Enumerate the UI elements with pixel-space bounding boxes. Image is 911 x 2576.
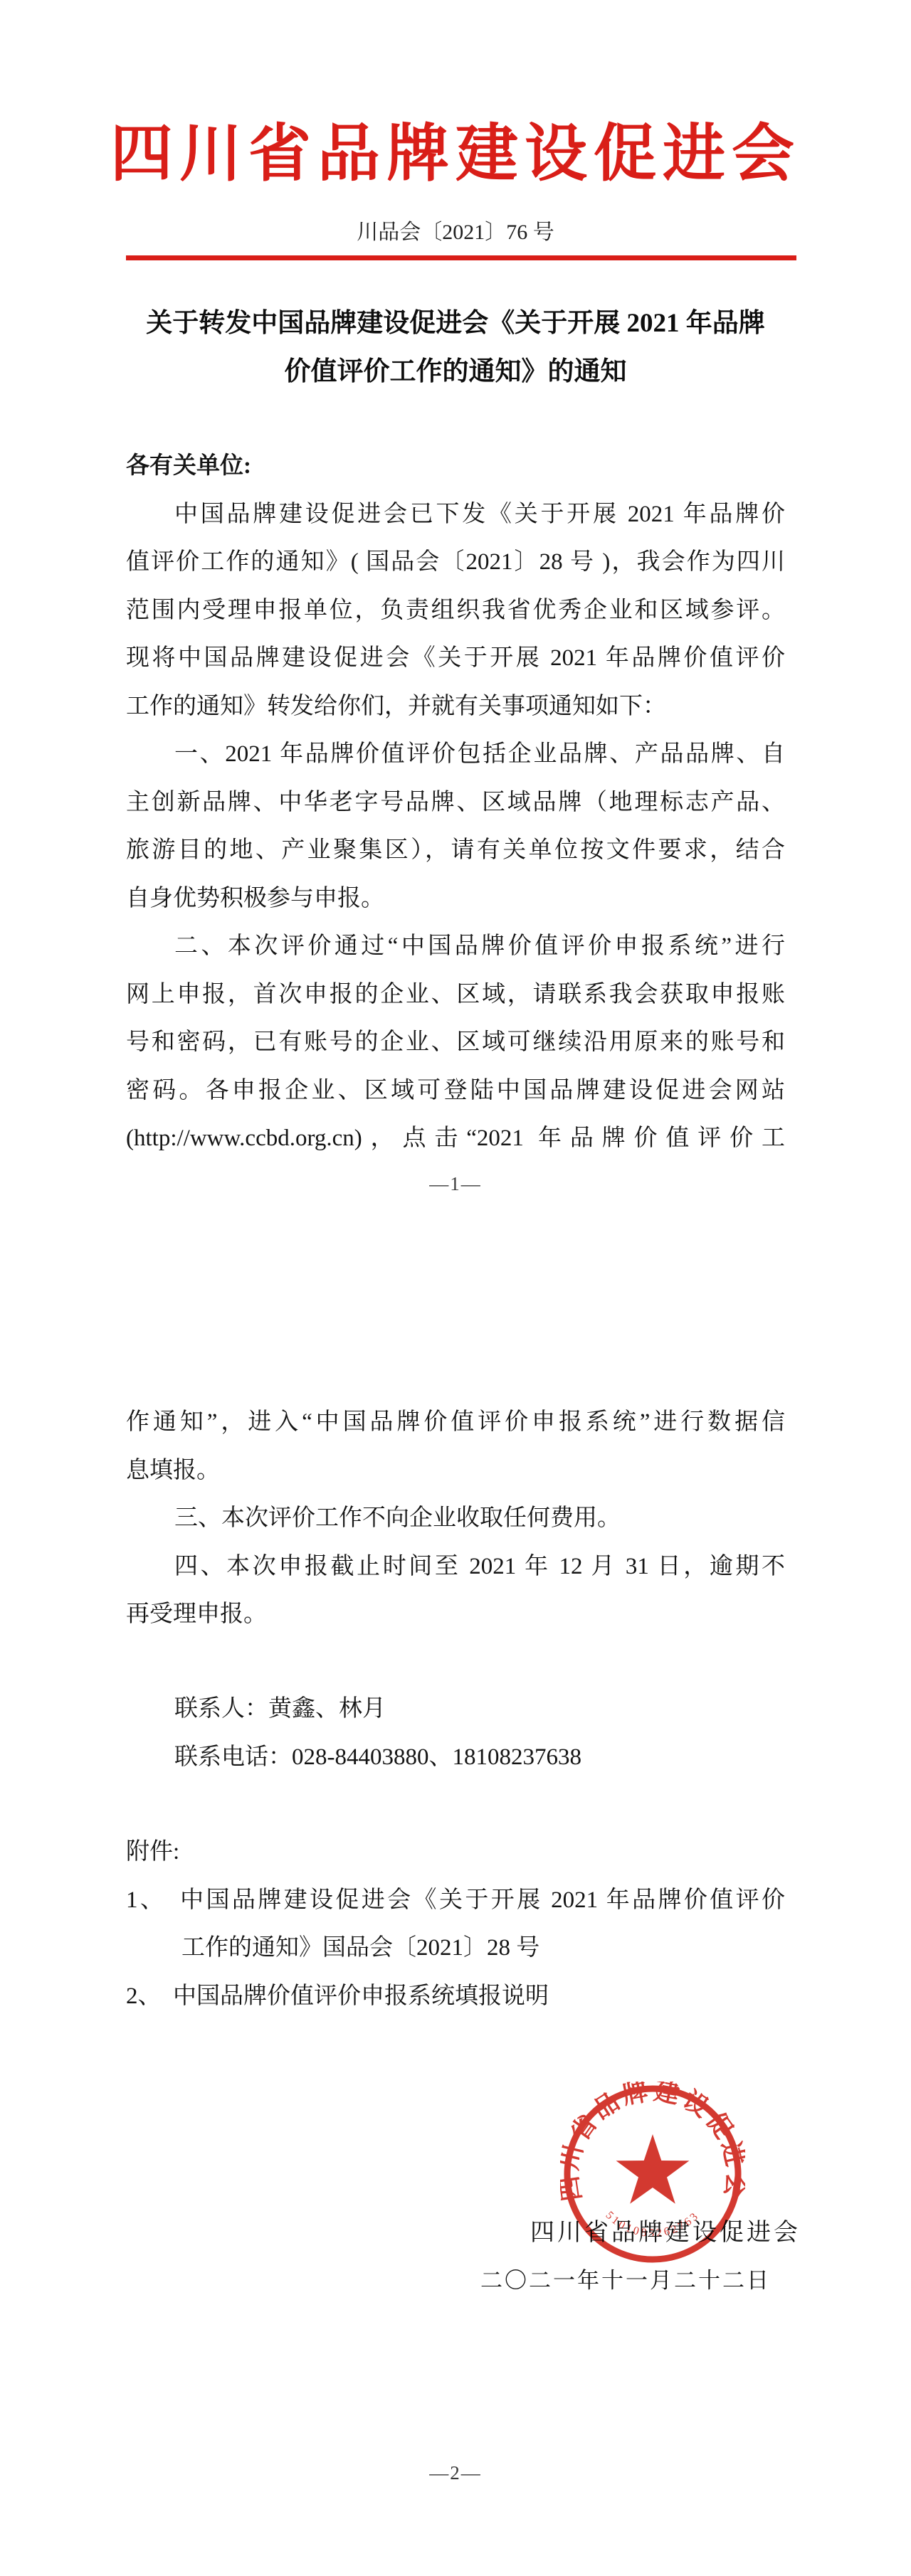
body-line: 主创新品牌、中华老字号品牌、区域品牌（地理标志产品、 <box>126 779 785 827</box>
body-line: 再受理申报。 <box>126 1591 785 1639</box>
page2-body: 作通知”，进入“中国品牌价值评价申报系统”进行数据信 息填报。 三、本次评价工作… <box>126 1399 785 1639</box>
doc-title-line-1: 关于转发中国品牌建设促进会《关于开展 2021 年品牌 <box>71 300 840 348</box>
body-line: 息填报。 <box>126 1447 785 1495</box>
attachments-section: 附件: 1、 中国品牌建设促进会《关于开展 2021 年品牌价值评价 工作的通知… <box>126 1828 785 2020</box>
body-line: 二、本次评价通过“中国品牌价值评价申报系统”进行 <box>126 923 785 971</box>
body-line: 一、2021 年品牌价值评价包括企业品牌、产品品牌、自 <box>126 731 785 779</box>
seal-star-icon <box>616 2134 690 2204</box>
salutation: 各有关单位: <box>126 442 785 491</box>
doc-title: 关于转发中国品牌建设促进会《关于开展 2021 年品牌 价值评价工作的通知》的通… <box>71 300 840 396</box>
contacts-section: 联系人：黄鑫、林月 联系电话：028-84403880、18108237638 <box>126 1685 785 1781</box>
contact-phone-line: 联系电话：028-84403880、18108237638 <box>126 1734 785 1782</box>
body-line: 工作的通知》转发给你们，并就有关事项通知如下： <box>126 683 785 731</box>
body-line: 网上申报，首次申报的企业、区域，请联系我会获取申报账 <box>126 971 785 1019</box>
org-title: 四川省品牌建设促进会 <box>0 122 911 188</box>
body-line: 三、本次评价工作不向企业收取任何费用。 <box>126 1495 785 1543</box>
body-line-url: (http://www.ccbd.org.cn)，点击“2021 年品牌价值评价… <box>126 1115 785 1163</box>
contact-person-line: 联系人：黄鑫、林月 <box>126 1685 785 1734</box>
body-line: 旅游目的地、产业聚集区），请有关单位按文件要求，结合 <box>126 827 785 875</box>
svg-text:5101085262763: 5101085262763 <box>604 2209 702 2240</box>
body-line: 自身优势积极参与申报。 <box>126 875 785 923</box>
body-line: 密码。各申报企业、区域可登陆中国品牌建设促进会网站 <box>126 1067 785 1115</box>
attachments-label: 附件: <box>126 1828 785 1877</box>
doc-title-line-2: 价值评价工作的通知》的通知 <box>71 348 840 396</box>
page1-body: 各有关单位: 中国品牌建设促进会已下发《关于开展 2021 年品牌价 值评价工作… <box>126 442 785 1163</box>
body-line: 范围内受理申报单位，负责组织我省优秀企业和区域参评。 <box>126 587 785 635</box>
signature-date: 二〇二一年十一月二十二日 <box>480 2266 771 2296</box>
body-line: 中国品牌建设促进会已下发《关于开展 2021 年品牌价 <box>126 491 785 539</box>
body-line: 值评价工作的通知》( 国品会〔2021〕28 号 )，我会作为四川 <box>126 539 785 587</box>
doc-number: 川品会〔2021〕76 号 <box>0 220 911 245</box>
attachment-item-1-continuation: 工作的通知》国品会〔2021〕28 号 <box>126 1924 785 1973</box>
page-number-2: —2— <box>0 2462 911 2484</box>
attachment-item-2: 2、 中国品牌价值评价申报系统填报说明 <box>126 1973 785 2021</box>
attachment-item-1: 1、 中国品牌建设促进会《关于开展 2021 年品牌价值评价 <box>126 1877 785 1925</box>
scanned-notice-document: 四川省品牌建设促进会 川品会〔2021〕76 号 关于转发中国品牌建设促进会《关… <box>0 0 911 2576</box>
body-line: 现将中国品牌建设促进会《关于开展 2021 年品牌价值评价 <box>126 635 785 683</box>
seal-registration-number: 5101085262763 <box>604 2209 702 2240</box>
official-seal: 四川省品牌建设促进会 5101085262763 <box>560 2082 745 2267</box>
body-line: 作通知”，进入“中国品牌价值评价申报系统”进行数据信 <box>126 1399 785 1447</box>
body-line: 号和密码，已有账号的企业、区域可继续沿用原来的账号和 <box>126 1019 785 1067</box>
red-divider-line <box>126 255 796 260</box>
body-line: 四、本次申报截止时间至 2021 年 12 月 31 日，逾期不 <box>126 1543 785 1591</box>
page-number-1: —1— <box>0 1173 911 1195</box>
